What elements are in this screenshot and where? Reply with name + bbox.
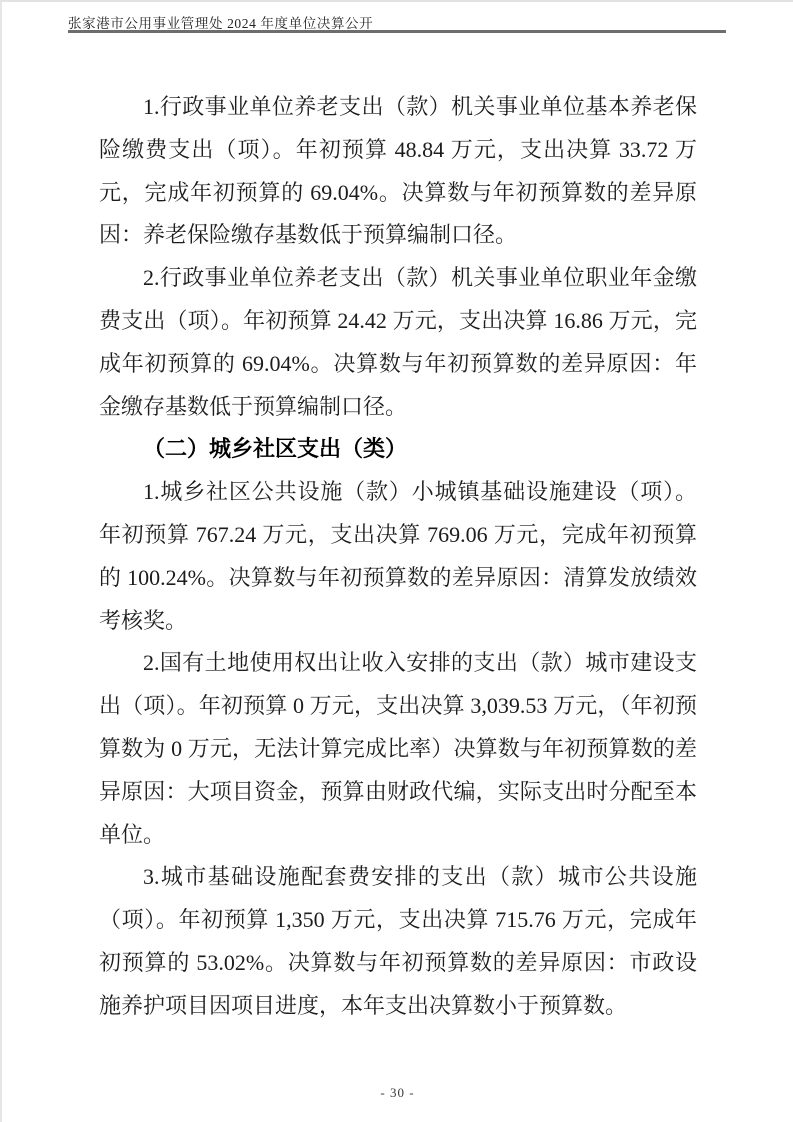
paragraph-infrastructure-fee: 3.城市基础设施配套费安排的支出（款）城市公共设施（项）。年初预算 1,350 …	[99, 856, 697, 1027]
header-rule	[68, 30, 726, 33]
paragraph-public-facilities: 1.城乡社区公共设施（款）小城镇基础设施建设（项）。年初预算 767.24 万元…	[99, 471, 697, 642]
paragraph-pension-basic: 1.行政事业单位养老支出（款）机关事业单位基本养老保险缴费支出（项）。年初预算 …	[99, 86, 697, 257]
document-page: 张家港市公用事业管理处 2024 年度单位决算公开 1.行政事业单位养老支出（款…	[0, 0, 793, 1122]
document-body: 1.行政事业单位养老支出（款）机关事业单位基本养老保险缴费支出（项）。年初预算 …	[99, 86, 697, 1028]
section-heading-urban-community: （二）城乡社区支出（类）	[99, 428, 697, 471]
page-number: - 30 -	[380, 1085, 414, 1100]
page-footer: - 30 -	[2, 1085, 793, 1101]
paragraph-land-transfer: 2.国有土地使用权出让收入安排的支出（款）城市建设支出（项）。年初预算 0 万元…	[99, 642, 697, 856]
page-header-title: 张家港市公用事业管理处 2024 年度单位决算公开	[68, 12, 373, 32]
paragraph-pension-annuity: 2.行政事业单位养老支出（款）机关事业单位职业年金缴费支出（项）。年初预算 24…	[99, 257, 697, 428]
